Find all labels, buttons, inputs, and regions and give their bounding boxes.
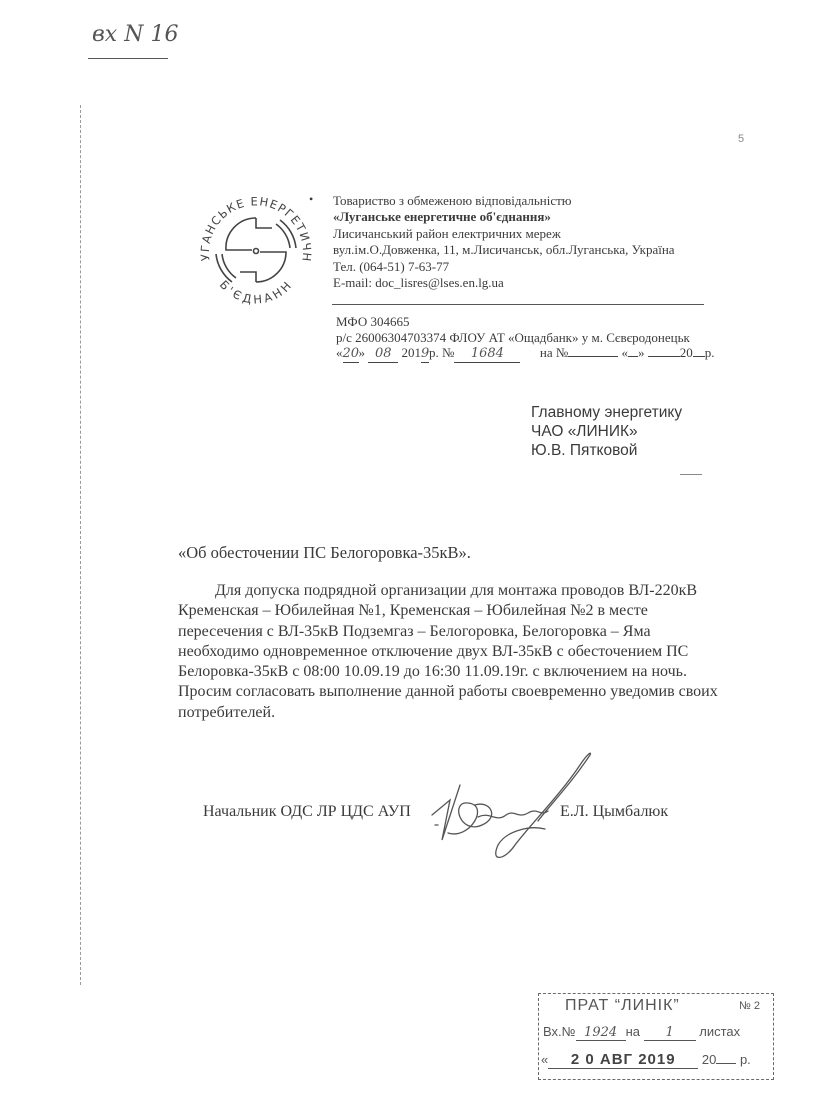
bank-mfo: МФО 304665 [336, 314, 715, 330]
stamp-incoming-number: 1924 [576, 1025, 626, 1041]
bank-details: МФО 304665 р/с 26006304703374 ФЛОУ АТ «О… [336, 314, 715, 363]
stamp-on-label: на [626, 1024, 640, 1039]
body-line: необходимо одновременное отключение двух… [178, 642, 758, 662]
logo-emblem-icon: ЛУГАНСЬКЕ ЕНЕРГЕТИЧНЕ ОБ'ЄДНАННЯ [192, 188, 320, 316]
outgoing-reference: «20» 08 2019р. №1684 на № «» 20р. [336, 345, 715, 363]
letterhead-block: Товариство з обмеженою відповідальністю … [333, 193, 675, 291]
incoming-registration-stamp: ПРАТ “ЛИНІК” № 2 Вх.№1924на 1 листах «2 … [538, 993, 774, 1080]
body-line: Белоровка-35кВ с 08:00 10.09.19 до 16:30… [178, 662, 758, 682]
reply-year-prefix: 20 [680, 345, 693, 360]
stamp-date-open: « [541, 1052, 548, 1067]
reply-quote-open: « [622, 345, 629, 360]
bullet-dot: • [309, 192, 313, 207]
reply-to-number [568, 356, 618, 357]
stamp-org-number: № 2 [739, 1000, 760, 1012]
stamp-sheets-label: листах [699, 1024, 740, 1039]
body-line: Для допуска подрядной организации для мо… [178, 581, 758, 601]
reply-to-year [693, 356, 705, 357]
stamp-incoming-label: Вх.№ [543, 1024, 576, 1039]
reply-quote-close: » [638, 345, 645, 360]
outgoing-year-suffix: 9 [421, 346, 429, 363]
bank-account: р/с 26006304703374 ФЛОУ АТ «Ощадбанк» у … [336, 330, 715, 346]
outgoing-day: 20 [343, 346, 359, 363]
outgoing-number-label: р. № [429, 345, 454, 360]
stamp-date-year-prefix: 20 [702, 1052, 716, 1067]
letterhead-phone: Тел. (064-51) 7-63-77 [333, 259, 675, 275]
handwritten-reference: вх N 16 [92, 22, 178, 47]
stamp-date-year-blank [716, 1063, 736, 1064]
stamp-sheets-count: 1 [644, 1025, 696, 1041]
stamp-date-line: «2 0 АВГ 2019 20 р. [541, 1051, 751, 1069]
body-line: потребителей. [178, 703, 758, 723]
addressee-company: ЧАО «ЛИНИК» [531, 422, 682, 441]
signatory-name: Е.Л. Цымбалюк [560, 803, 668, 821]
stamp-incoming-line: Вх.№1924на 1 листах [543, 1024, 740, 1041]
stamp-org-name: ПРАТ “ЛИНІК” [565, 997, 680, 1015]
body-line: Просим согласовать выполнение данной раб… [178, 682, 758, 702]
letterhead-company-name: «Луганське енергетичне об'єднання» [333, 209, 675, 225]
addressee-title: Главному энергетику [531, 403, 682, 422]
addressee-block: Главному энергетику ЧАО «ЛИНИК» Ю.В. Пят… [531, 403, 682, 460]
letterhead-company-type: Товариство з обмеженою відповідальністю [333, 193, 675, 209]
reply-to-month [648, 356, 680, 357]
stamp-date-value: 2 0 АВГ 2019 [548, 1051, 698, 1069]
outgoing-month: 08 [368, 346, 398, 363]
signatory-position: Начальник ОДС ЛР ЦДС АУП [203, 803, 411, 821]
reply-to-label: на № [540, 345, 568, 360]
company-logo: ЛУГАНСЬКЕ ЕНЕРГЕТИЧНЕ ОБ'ЄДНАННЯ [192, 188, 320, 316]
letterhead-district: Лисичанський район електричних мереж [333, 226, 675, 242]
stamp-date-suffix: р. [740, 1052, 751, 1067]
letterhead-email: E-mail: doc_lisres@lses.en.lg.ua [333, 275, 675, 291]
letter-subject: «Об обесточении ПС Белогоровка-35кВ». [178, 543, 471, 563]
letterhead-divider [332, 304, 704, 305]
letterhead-address: вул.ім.О.Довженка, 11, м.Лисичанськ, обл… [333, 242, 675, 258]
reply-to-day [628, 356, 638, 357]
quote-close: » [359, 345, 366, 360]
body-line: Кременская – Юбилейная №1, Кременская – … [178, 601, 758, 621]
outgoing-number: 1684 [454, 346, 520, 363]
reply-year-suffix: р. [705, 345, 715, 360]
body-line: пересечения с ВЛ-35кВ Подземгаз – Белого… [178, 622, 758, 642]
page-number: 5 [738, 133, 744, 145]
outgoing-year-prefix: 201 [402, 345, 422, 360]
letter-body: Для допуска подрядной организации для мо… [178, 581, 758, 723]
reference-underline [88, 58, 168, 59]
addressee-mark [680, 474, 702, 475]
addressee-name: Ю.В. Пятковой [531, 441, 682, 460]
margin-fold-line [80, 105, 81, 985]
